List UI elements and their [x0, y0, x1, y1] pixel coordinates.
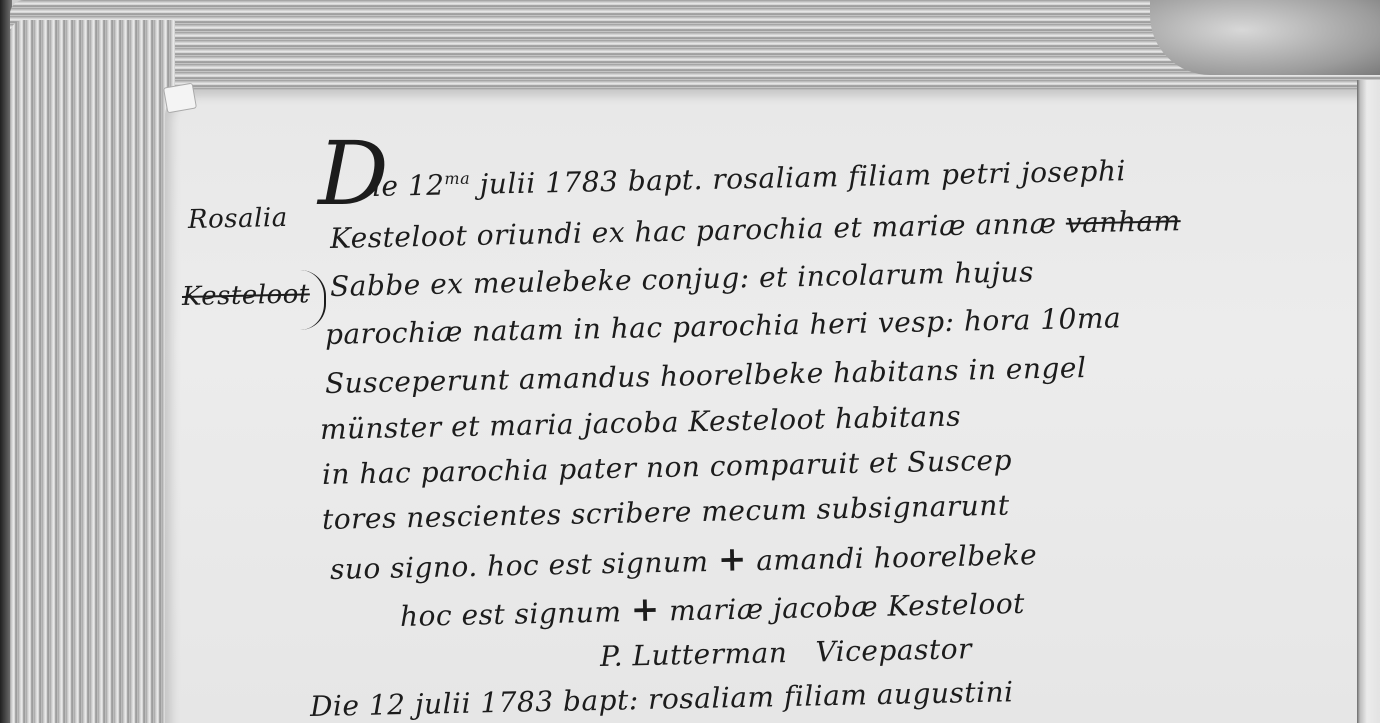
- signature-name: P. Lutterman: [600, 636, 788, 673]
- page-corner-tear: [163, 83, 197, 114]
- cross-mark-icon: +: [717, 539, 747, 580]
- line-1-sup: ma: [444, 169, 470, 189]
- margin-note-surname: Kesteloot: [182, 279, 310, 312]
- signature-title: Vicepastor: [815, 632, 972, 668]
- margin-note-first-name: Rosalia: [188, 203, 288, 235]
- line-9-text: suo signo. hoc est signum: [330, 545, 709, 586]
- line-9-rest: amandi hoorelbeke: [756, 538, 1038, 577]
- line-10-rest: mariæ jacobæ Kesteloot: [669, 587, 1025, 627]
- page-gutter-fold: [1357, 80, 1380, 723]
- line-1-start: ie 12: [372, 168, 445, 203]
- register-scan: Rosalia Kesteloot D ie 12ma julii 1783 b…: [0, 0, 1380, 723]
- cloth-weight: [1150, 0, 1380, 75]
- line-2-struck-word: vanham: [1065, 204, 1180, 239]
- stacked-page-edges-left: [10, 20, 175, 723]
- line-10-text: hoc est signum: [400, 595, 622, 633]
- cross-mark-icon: +: [630, 590, 660, 631]
